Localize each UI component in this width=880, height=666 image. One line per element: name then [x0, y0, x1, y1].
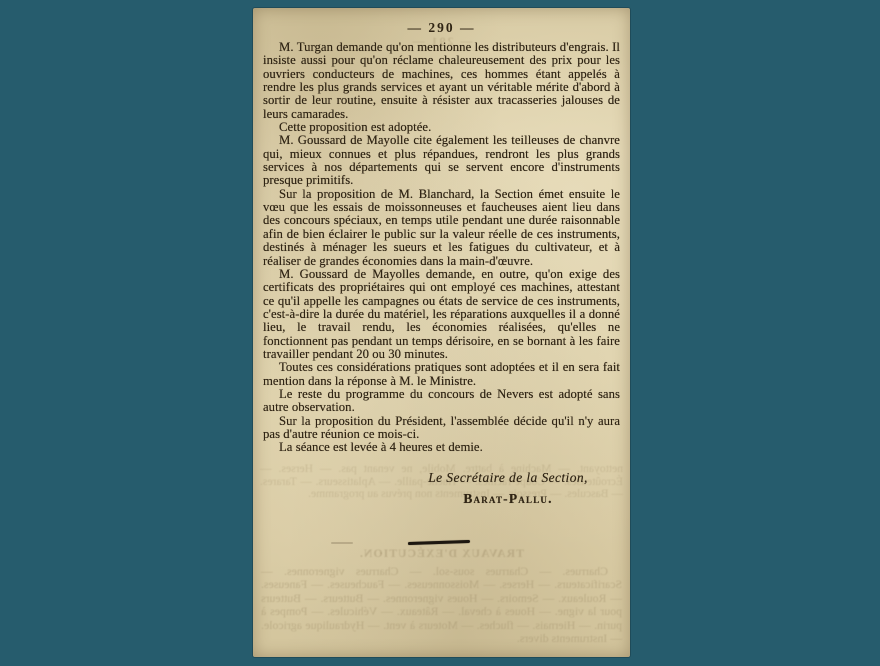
paragraph: Toutes ces considérations pratiques sont…: [263, 361, 620, 388]
signature-role: Le Secrétaire de la Section,: [393, 470, 623, 486]
paragraph: M. Turgan demande qu'on mentionne les di…: [263, 41, 620, 121]
paragraph: Le reste du programme du concours de Nev…: [263, 388, 620, 415]
paragraph: M. Goussard de Mayolles demande, en outr…: [263, 268, 620, 361]
paragraph: Sur la proposition du Président, l'assem…: [263, 415, 620, 442]
scanned-page: — 291 — nettoyant. — Machine à battre. M…: [253, 8, 630, 657]
paragraph: Sur la proposition de M. Blanchard, la S…: [263, 188, 620, 268]
signature-name: Barat-Pallu.: [393, 491, 623, 507]
signature-block: Le Secrétaire de la Section, Barat-Pallu…: [393, 470, 623, 507]
body-text: M. Turgan demande qu'on mentionne les di…: [263, 41, 620, 469]
paragraph: La séance est levée à 4 heures et demie.: [263, 441, 620, 454]
page-content: — 290 — M. Turgan demande qu'on mentionn…: [253, 8, 630, 657]
paragraph: M. Goussard de Mayolle cite également le…: [263, 134, 620, 187]
page-number: — 290 —: [263, 20, 620, 36]
backdrop: — 291 — nettoyant. — Machine à battre. M…: [0, 0, 880, 666]
paragraph: Cette proposition est adoptée.: [263, 121, 620, 134]
